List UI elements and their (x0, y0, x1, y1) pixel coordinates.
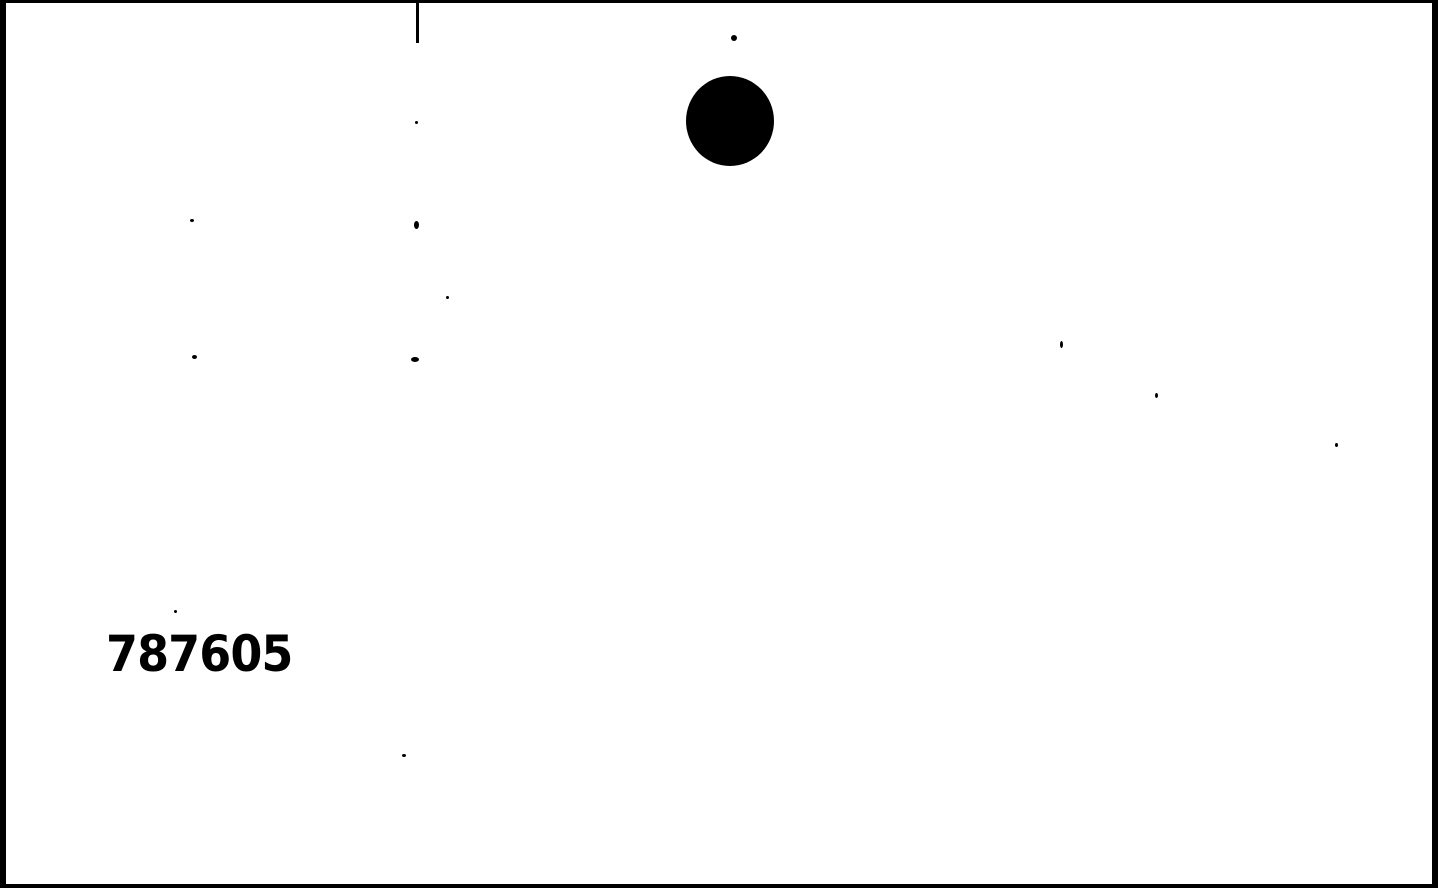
punch-hole (686, 76, 774, 166)
fold-mark (416, 3, 419, 43)
speck (192, 355, 197, 359)
speck (1155, 393, 1158, 398)
speck (731, 35, 737, 41)
speck (446, 296, 449, 299)
scanned-card: 787605 (6, 3, 1432, 884)
speck (1335, 443, 1338, 447)
speck (411, 357, 419, 362)
speck (415, 121, 418, 124)
speck (1060, 341, 1063, 348)
speck (174, 610, 177, 613)
speck (414, 221, 419, 229)
speck (190, 219, 194, 222)
speck (402, 754, 406, 757)
card-number: 787605 (106, 625, 293, 683)
